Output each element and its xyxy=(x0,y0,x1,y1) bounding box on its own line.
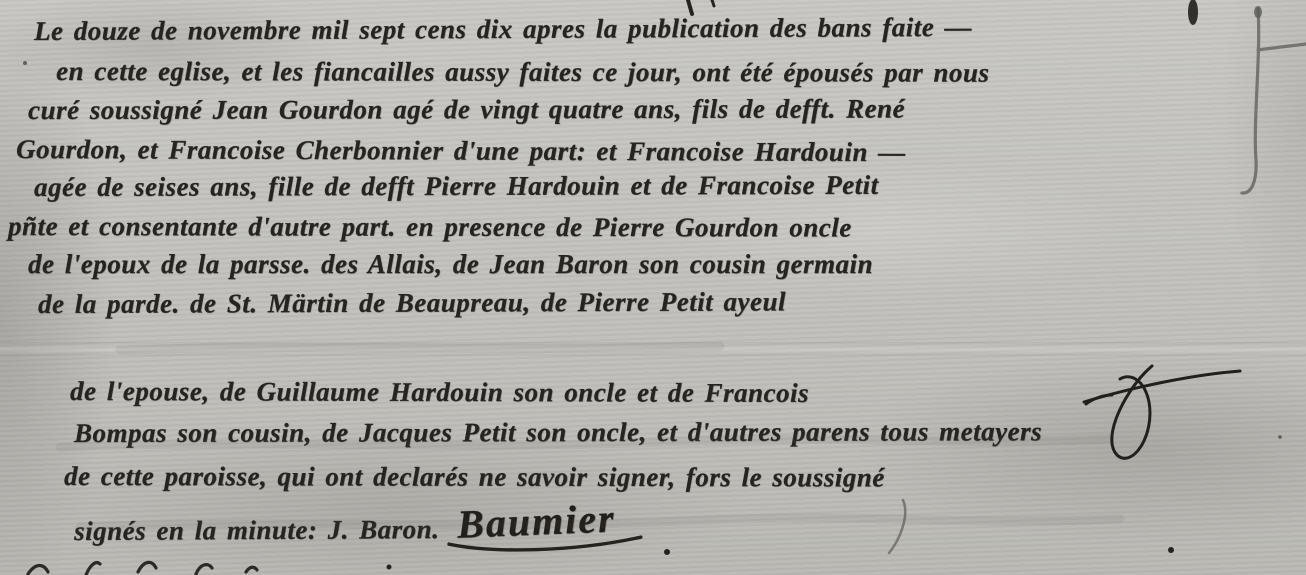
faint-pen-stroke xyxy=(889,500,905,553)
signature-underline xyxy=(447,534,652,557)
manuscript-line-6: pñte et consentante d'autre part. en pre… xyxy=(8,211,852,243)
manuscript-line-4: Gourdon, et Francoise Cherbonnier d'une … xyxy=(16,134,906,168)
signature-block: Baumier xyxy=(457,497,616,545)
fold-crease-band xyxy=(0,342,1306,356)
crease-mark xyxy=(1242,9,1306,193)
crease-knot xyxy=(1254,6,1262,18)
manuscript-line-12: signés en la minute: J. Baron. Baumier xyxy=(74,497,616,547)
manuscript-line-5: agée de seises ans, fille de defft Pierr… xyxy=(34,170,879,203)
manuscript-line-7: de l'epoux de la parsse. des Allais, de … xyxy=(28,249,873,280)
manuscript-line-2: en cette eglise, et les fiancailles auss… xyxy=(56,56,989,89)
manuscript-line-9: de l'epouse, de Guillaume Hardouin son o… xyxy=(70,376,809,409)
bottom-edge-strokes xyxy=(28,562,257,575)
manuscript-line-10: Bompas son cousin, de Jacques Petit son … xyxy=(74,416,1042,449)
top-edge-strokes xyxy=(688,0,714,14)
paraph-flourish-mark xyxy=(1084,366,1240,458)
manuscript-line-11: de cette paroisse, qui ont declarés ne s… xyxy=(64,461,885,493)
manuscript-line-3: curé soussigné Jean Gourdon agé de vingt… xyxy=(28,93,905,126)
manuscript-page: Le douze de novembre mil sept cens dix a… xyxy=(0,0,1306,575)
manuscript-line-8: de la parde. de St. Märtin de Beaupreau,… xyxy=(38,286,786,320)
closing-text: signés en la minute: J. Baron. xyxy=(74,514,439,547)
top-right-ink-blob xyxy=(1188,0,1198,25)
manuscript-line-1: Le douze de novembre mil sept cens dix a… xyxy=(34,12,972,47)
